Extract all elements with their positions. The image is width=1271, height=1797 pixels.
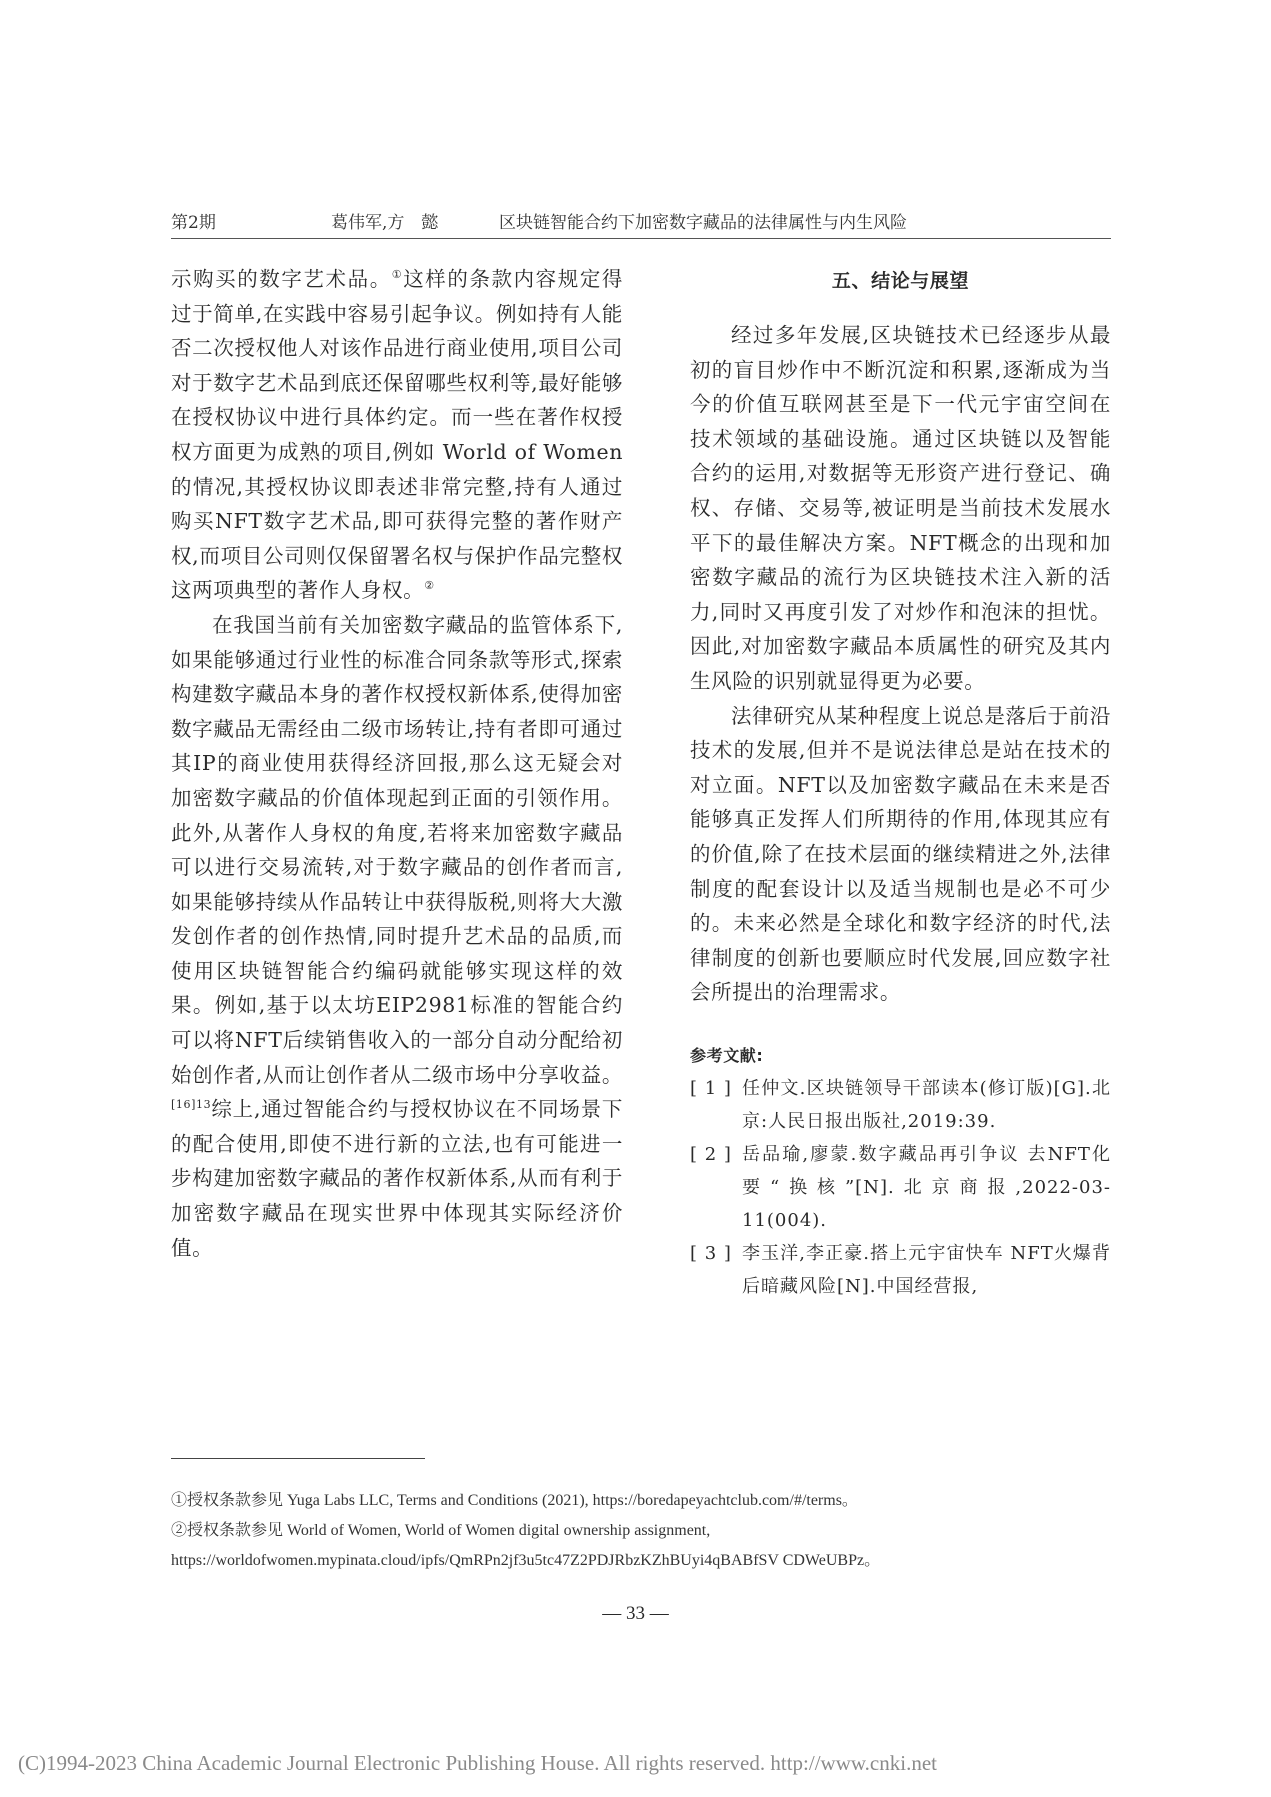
right-column: 五、结论与展望 经过多年发展,区块链技术已经逐步从最初的盲目炒作中不断沉淀和积累… [690,262,1111,1303]
left-column: 示购买的数字艺术品。①这样的条款内容规定得过于简单,在实践中容易引起争议。例如持… [171,262,623,1265]
paragraph: 在我国当前有关加密数字藏品的监管体系下,如果能够通过行业性的标准合同条款等形式,… [171,608,623,1265]
issue-number: 第2期 [171,208,216,233]
paragraph: 示购买的数字艺术品。①这样的条款内容规定得过于简单,在实践中容易引起争议。例如持… [171,262,623,608]
footnote-1: ①授权条款参见 Yuga Labs LLC, Terms and Conditi… [171,1486,1116,1516]
header-authors: 葛伟军,方 懿 [331,208,438,233]
page-number: — 33 — [0,1603,1271,1625]
reference-item: [ 3 ] 李玉洋,李正豪.搭上元宇宙快车 NFT火爆背后暗藏风险[N].中国经… [690,1237,1111,1303]
paragraph: 法律研究从某种程度上说总是落后于前沿技术的发展,但并不是说法律总是站在技术的对立… [690,699,1111,1010]
paragraph: 经过多年发展,区块链技术已经逐步从最初的盲目炒作中不断沉淀和积累,逐渐成为当今的… [690,318,1111,699]
footnote-divider [171,1458,425,1459]
references-heading: 参考文献: [690,1040,1111,1072]
reference-item: [ 1 ] 任仲文.区块链领导干部读本(修订版)[G].北京:人民日报出版社,2… [690,1072,1111,1138]
citation-ref[interactable]: [16]13 [171,1098,211,1111]
footnote-ref-2[interactable]: ② [424,579,434,592]
running-header: 第2期 葛伟军,方 懿 区块链智能合约下加密数字藏品的法律属性与内生风险 [171,208,1111,239]
footnote-2: ②授权条款参见 World of Women, World of Women d… [171,1516,1116,1576]
footnotes: ①授权条款参见 Yuga Labs LLC, Terms and Conditi… [171,1486,1116,1576]
footnote-ref-1[interactable]: ① [392,268,403,281]
header-article-title: 区块链智能合约下加密数字藏品的法律属性与内生风险 [499,208,907,233]
section-heading: 五、结论与展望 [690,264,1111,298]
reference-item: [ 2 ] 岳品瑜,廖蒙.数字藏品再引争议 去NFT化要“换核”[N].北京商报… [690,1138,1111,1237]
copyright-notice: (C)1994-2023 China Academic Journal Elec… [18,1751,1258,1776]
